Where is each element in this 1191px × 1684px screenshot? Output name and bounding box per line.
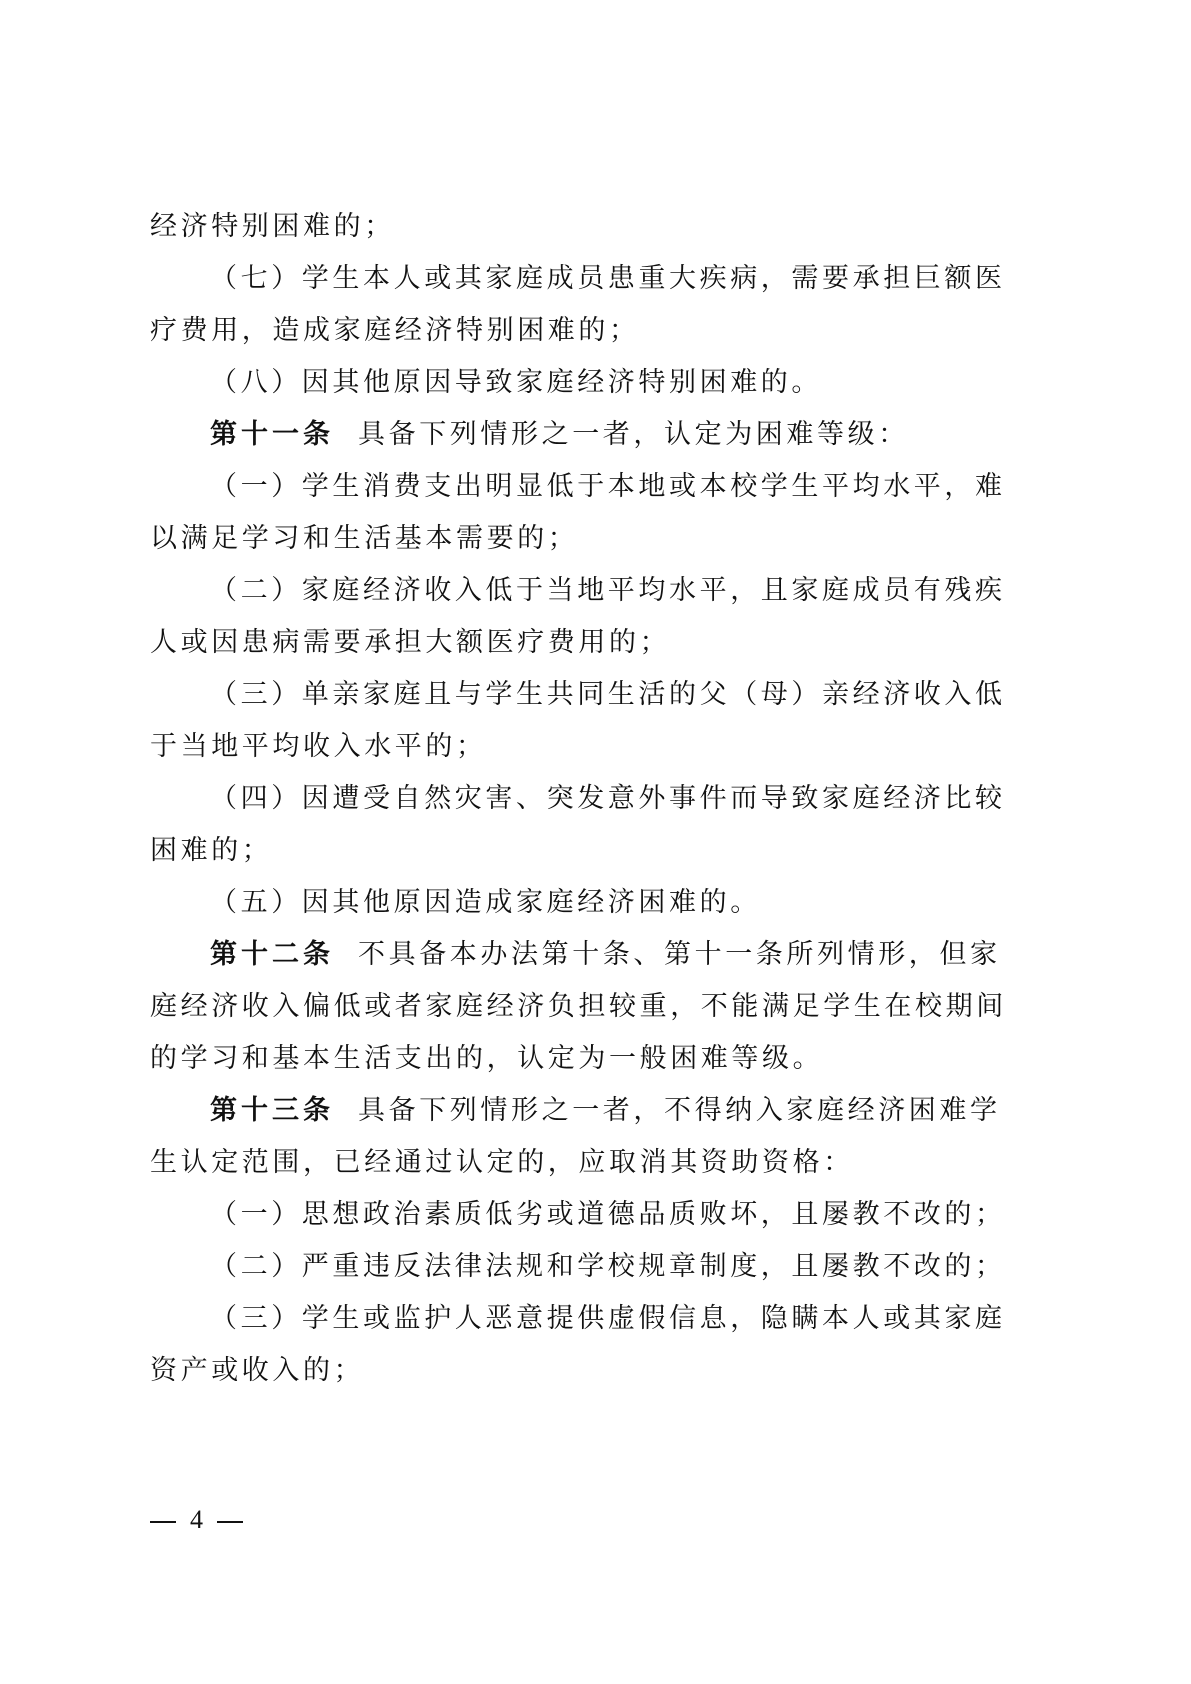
text-line: 的学习和基本生活支出的，认定为一般困难等级。: [150, 1042, 1050, 1076]
text-line: 生认定范围，已经通过认定的，应取消其资助资格：: [150, 1146, 1050, 1180]
text-line: （八）因其他原因导致家庭经济特别困难的。: [210, 366, 1110, 400]
text-line: 疗费用，造成家庭经济特别困难的；: [150, 314, 1050, 348]
text-line: 资产或收入的；: [150, 1354, 1050, 1388]
text-line: （二）严重违反法律法规和学校规章制度，且屡教不改的；: [210, 1250, 1110, 1284]
article-heading: 第十二条: [210, 939, 334, 970]
text-line: （四）因遭受自然灾害、突发意外事件而导致家庭经济比较: [210, 782, 1110, 816]
text-line: 于当地平均收入水平的；: [150, 730, 1050, 764]
text-line: 困难的；: [150, 834, 1050, 868]
text-line: 庭经济收入偏低或者家庭经济负担较重，不能满足学生在校期间: [150, 990, 1050, 1024]
article-11-line: 第十一条具备下列情形之一者，认定为困难等级：: [210, 418, 1110, 452]
article-text: 具备下列情形之一者，不得纳入家庭经济困难学: [358, 1095, 1001, 1126]
text-line: 经济特别困难的；: [150, 210, 1050, 244]
article-text: 具备下列情形之一者，认定为困难等级：: [358, 419, 909, 450]
text-line: （七）学生本人或其家庭成员患重大疾病，需要承担巨额医: [210, 262, 1110, 296]
text-line: （二）家庭经济收入低于当地平均水平，且家庭成员有残疾: [210, 574, 1110, 608]
article-13-line: 第十三条具备下列情形之一者，不得纳入家庭经济困难学: [210, 1094, 1110, 1128]
article-heading: 第十三条: [210, 1095, 334, 1126]
document-page: 经济特别困难的； （七）学生本人或其家庭成员患重大疾病，需要承担巨额医 疗费用，…: [0, 0, 1191, 1684]
page-number: 4: [190, 1505, 203, 1534]
text-line: （一）学生消费支出明显低于本地或本校学生平均水平，难: [210, 470, 1110, 504]
page-number-footer: 4: [150, 1503, 243, 1537]
article-text: 不具备本办法第十条、第十一条所列情形，但家: [358, 939, 1001, 970]
dash-left: [150, 1521, 176, 1523]
text-line: （一）思想政治素质低劣或道德品质败坏，且屡教不改的；: [210, 1198, 1110, 1232]
text-line: 人或因患病需要承担大额医疗费用的；: [150, 626, 1050, 660]
text-line: 以满足学习和生活基本需要的；: [150, 522, 1050, 556]
text-line: （三）单亲家庭且与学生共同生活的父（母）亲经济收入低: [210, 678, 1110, 712]
text-line: （三）学生或监护人恶意提供虚假信息，隐瞒本人或其家庭: [210, 1302, 1110, 1336]
article-heading: 第十一条: [210, 419, 334, 450]
article-12-line: 第十二条不具备本办法第十条、第十一条所列情形，但家: [210, 938, 1110, 972]
text-line: （五）因其他原因造成家庭经济困难的。: [210, 886, 1110, 920]
dash-right: [217, 1521, 243, 1523]
